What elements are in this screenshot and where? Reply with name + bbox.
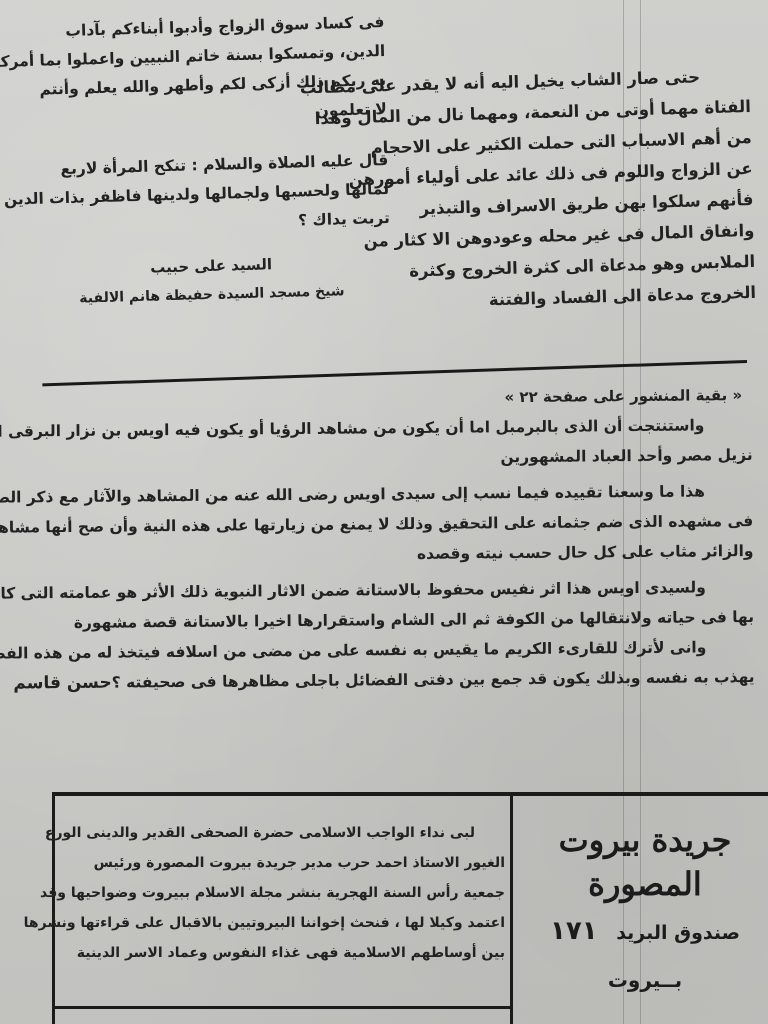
po-box-number: ١٧١	[550, 916, 598, 946]
box-bottom-rule	[55, 1006, 510, 1009]
left-column: فى كساد سوق الزواج وأدبوا أبناءكم بآداب …	[24, 8, 392, 315]
article-author: حسن قاسم	[13, 668, 112, 699]
newspaper-masthead: جريدة بيروت المصورة صندوق البريد ١٧١ بــ…	[525, 818, 765, 992]
text-line: اعتمد وكيلا لها ، فنحث إخواننا البيروتيي…	[65, 908, 505, 938]
po-box: صندوق البريد ١٧١	[525, 916, 765, 946]
text-line: لبى نداء الواجب الاسلامى حضرة الصحفى الق…	[65, 818, 505, 848]
masthead-city: بــيروت	[525, 968, 765, 992]
box-divider	[510, 796, 513, 1024]
right-column: حتى صار الشاب يخيل اليه أنه لا يقدر على …	[388, 4, 756, 318]
newspaper-page: حتى صار الشاب يخيل اليه أنه لا يقدر على …	[0, 0, 768, 1024]
text-line: جمعية رأس السنة الهجرية بنشر مجلة الاسلا…	[65, 878, 505, 908]
po-box-label: صندوق البريد	[616, 922, 740, 944]
masthead-name-line2: المصورة	[525, 862, 765, 906]
text-line: الغيور الاستاذ احمد حرب مدير جريدة بيروت…	[65, 848, 505, 878]
text-line: يهذب به نفسه وبذلك يكون قد جمع بين دفتى …	[112, 662, 755, 698]
notice-text: لبى نداء الواجب الاسلامى حضرة الصحفى الق…	[65, 818, 505, 968]
notice-box-frame: لبى نداء الواجب الاسلامى حضرة الصحفى الق…	[52, 792, 768, 1024]
continued-article: « بقية المنشور على صفحة ٢٢ » واستنتجت أن…	[12, 380, 755, 698]
masthead-name-line1: جريدة بيروت	[525, 818, 765, 862]
text-line: بين أوساطهم الاسلامية فهى غذاء النفوس وع…	[65, 938, 505, 968]
